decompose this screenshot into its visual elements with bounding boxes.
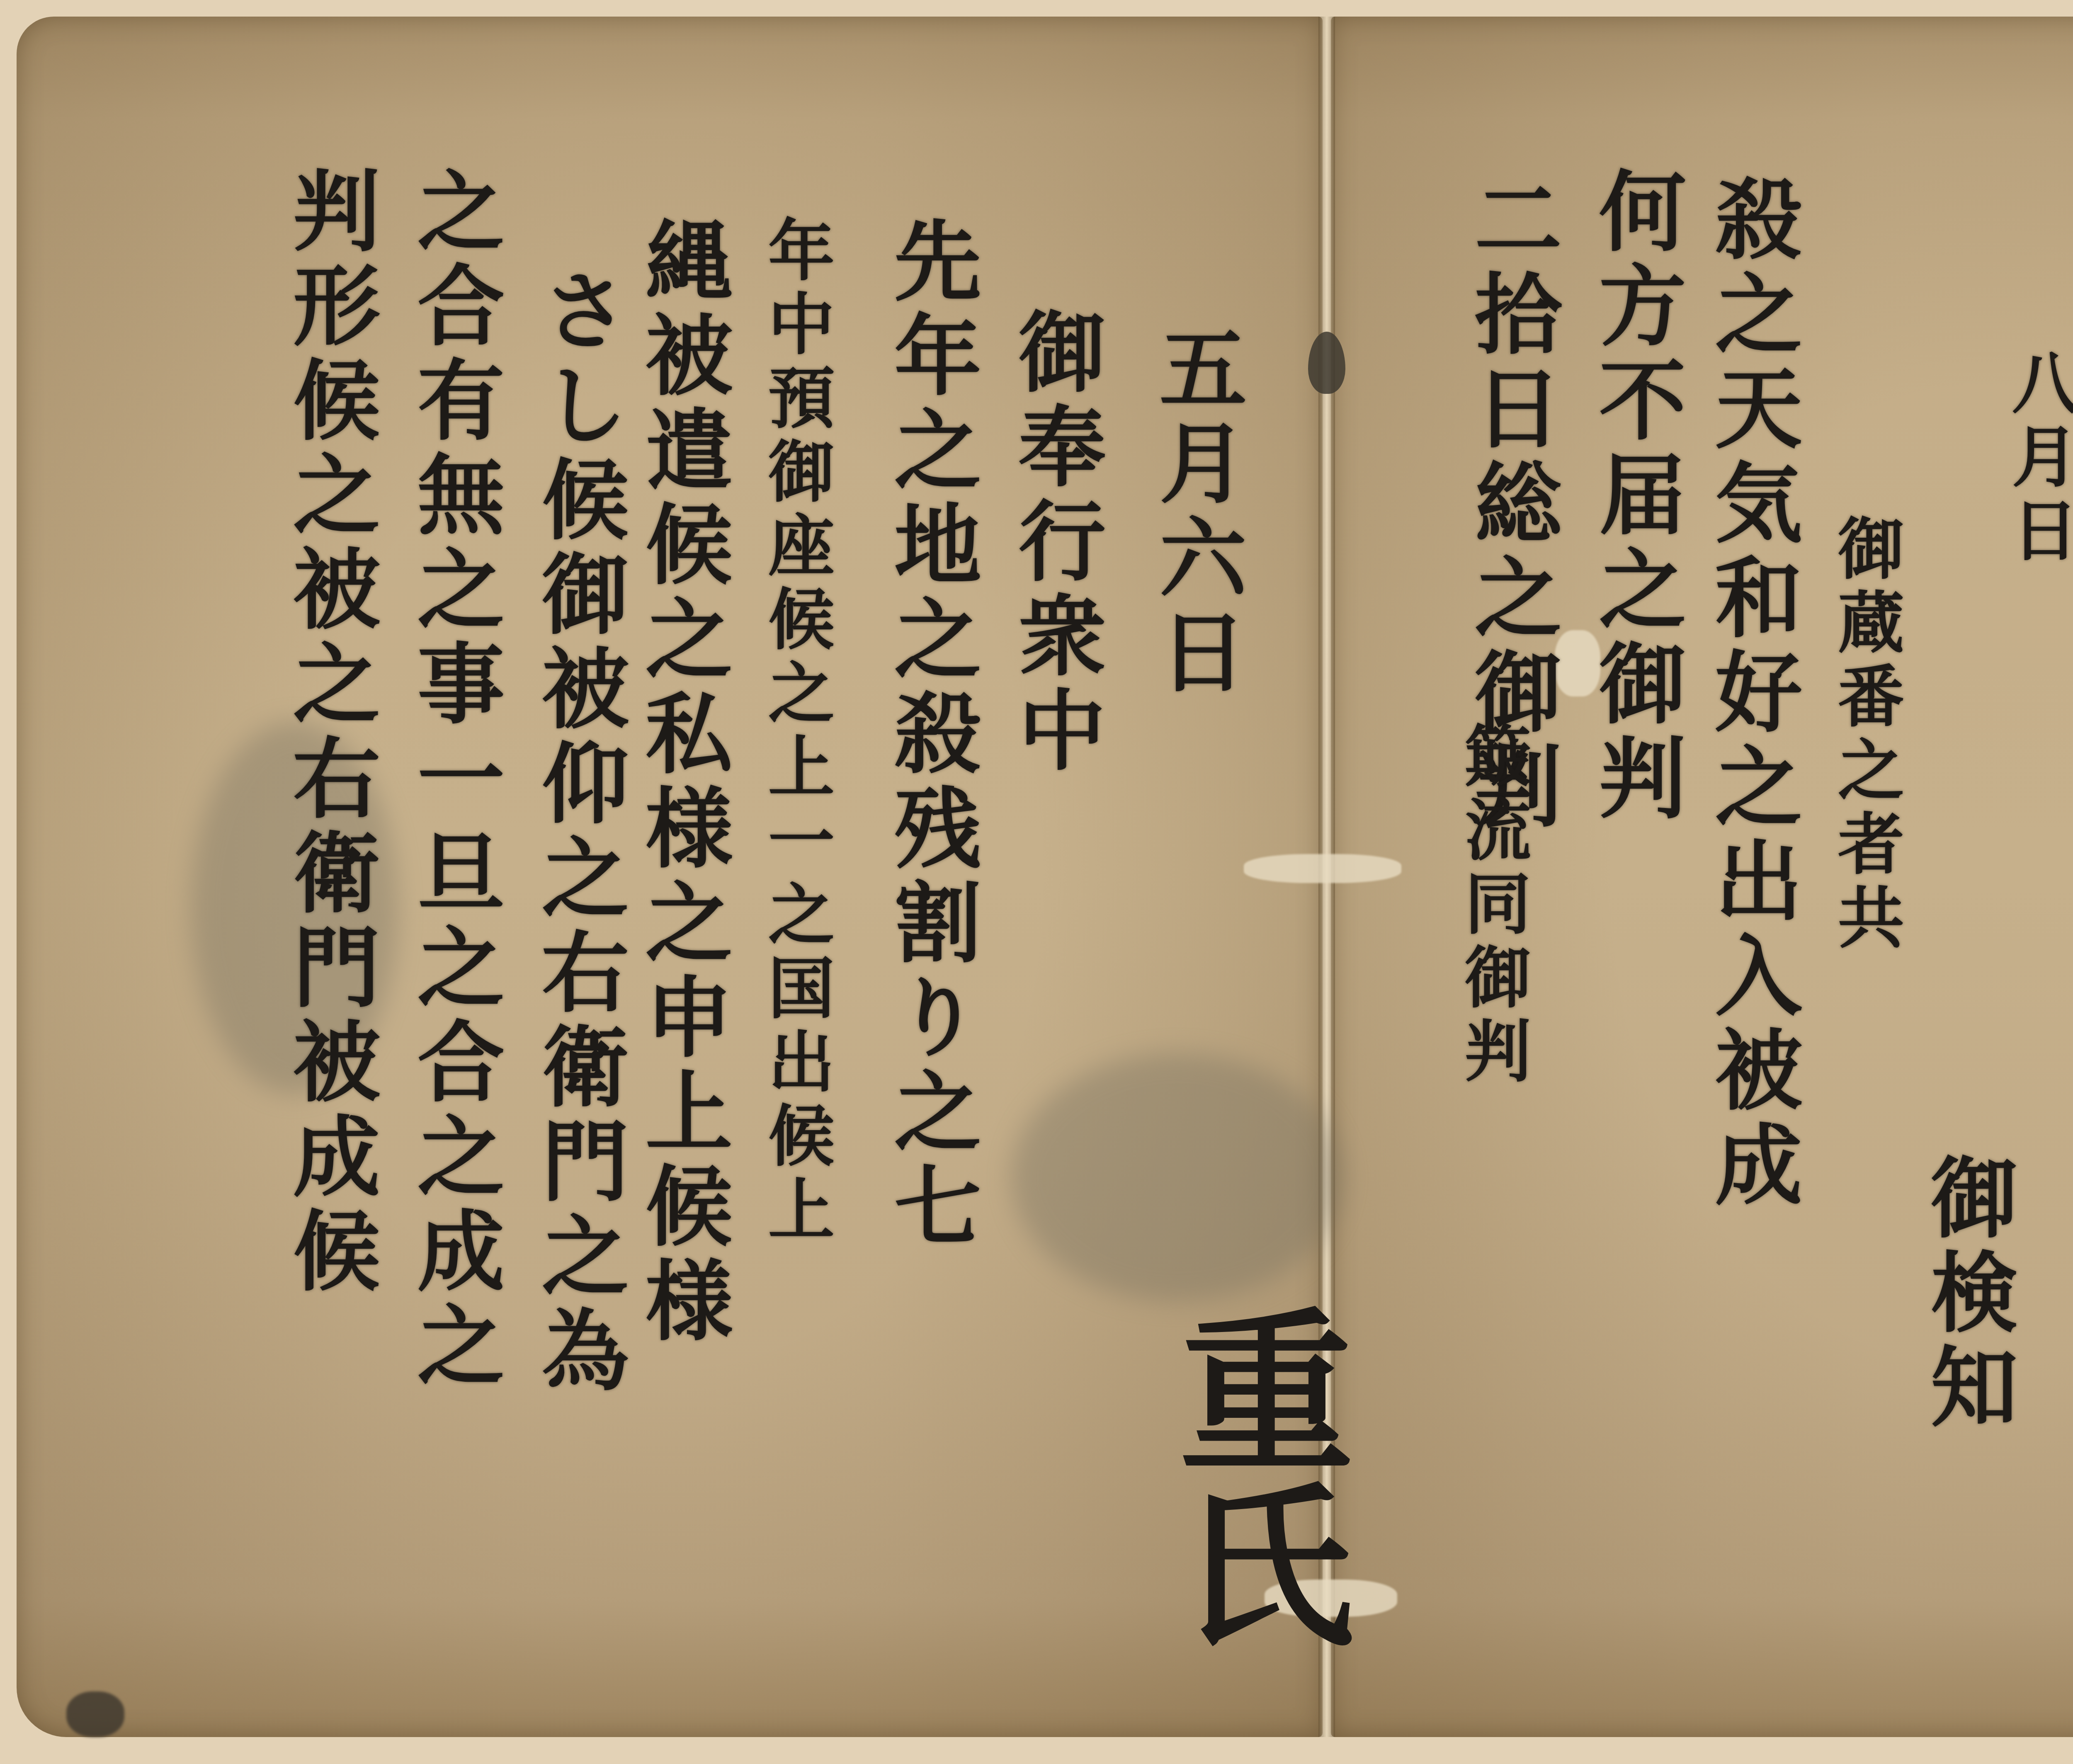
water-stain [1012,1053,1343,1302]
text-column: 縄被遣候之私様之申上候様 [638,216,726,1350]
paper-wear [1244,854,1401,883]
text-column: 何方不届之御判 [1592,166,1679,827]
text-column: 判形候之被之右衛門被成候 [286,166,373,1300]
date-line: 八月日 [2007,348,2073,570]
text-column: 年中預御座候之上一之国出候上 [763,216,829,1249]
signature-kao: 重氏 [1128,1302,1378,1650]
text-column: 先年之地之殺残割り之七 [887,216,974,1255]
text-column: さし候御被仰之右衛門之為 [535,265,622,1400]
signature-line: 御検知 [1924,1153,2011,1436]
text-column: 簸流同御判 [1459,721,1526,1090]
date-line: 五月六日 [1153,323,1240,701]
text-column: 之合有無之事一旦之合之成之 [410,166,498,1395]
addressee: 御奉行衆中 [1012,307,1099,779]
text-column: 御蔵番之者共 [1833,514,1899,957]
manuscript-spread: 三之二 先年一之被仰出候之趣 之旨被仰出候事申付遣可為申上 御預所御朋御同前ニ百… [17,17,2073,1737]
text-column: 殺之天気和好之出入被成 [1708,174,1795,1214]
corner-ink-blot [66,1691,124,1737]
